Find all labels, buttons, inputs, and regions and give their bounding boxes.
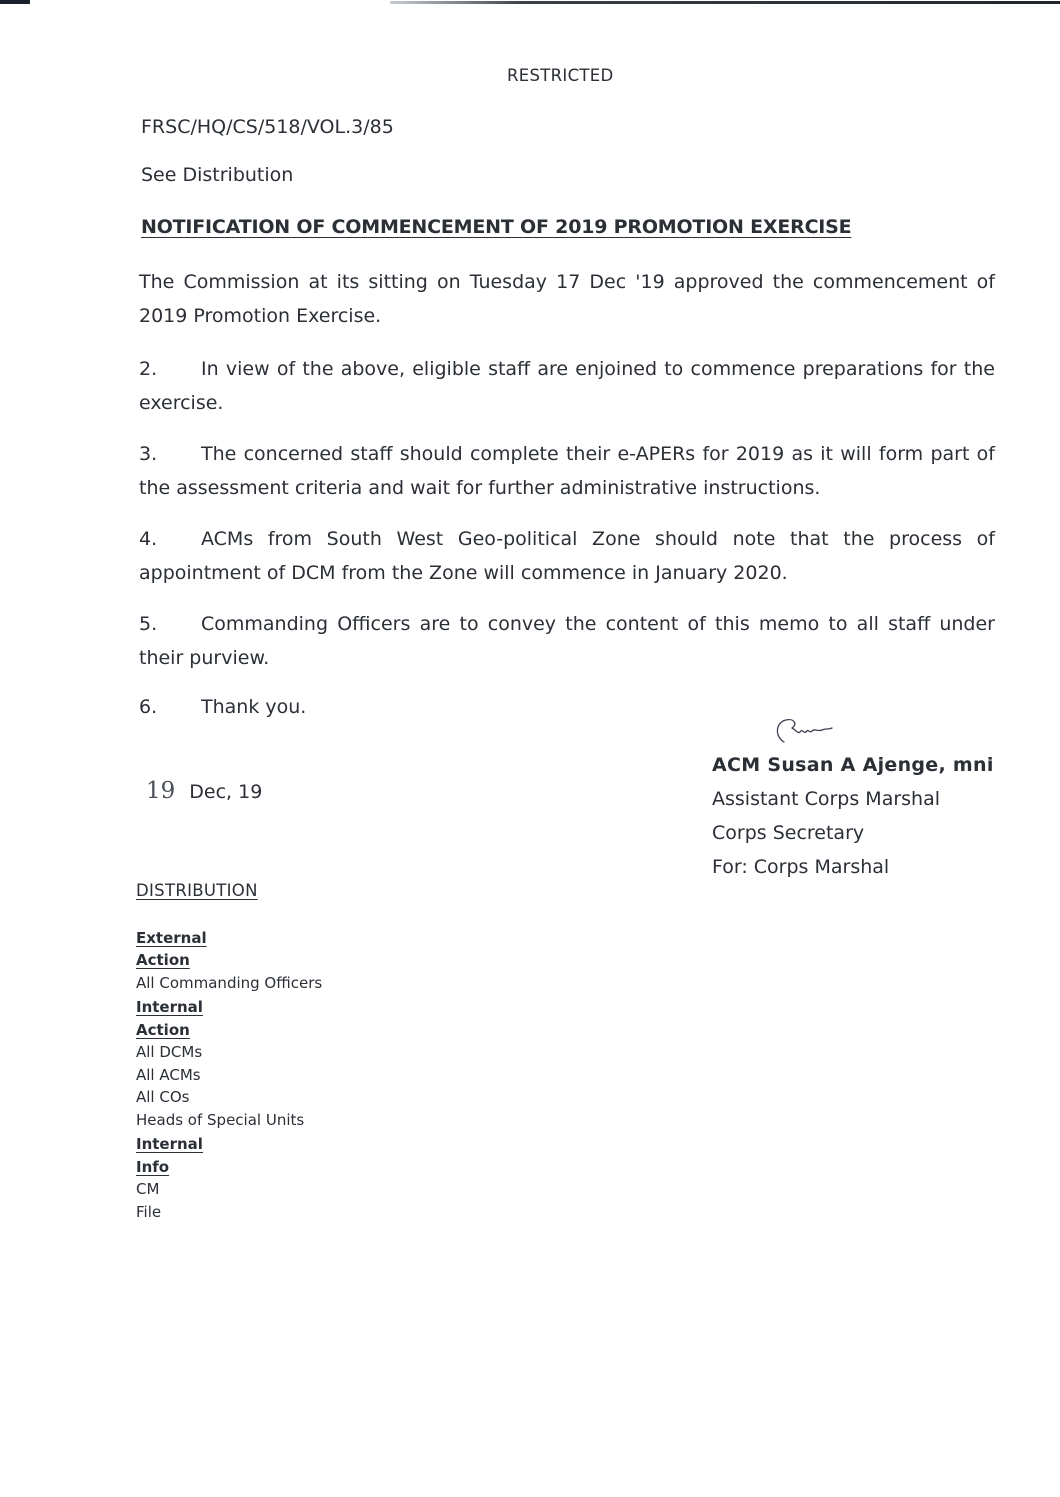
signatory-on-behalf: For: Corps Marshal [712, 850, 994, 884]
distribution-list: DISTRIBUTION External Action All Command… [136, 880, 322, 1225]
paragraph-text: In view of the above, eligible staff are… [139, 358, 995, 414]
distribution-group: External [136, 927, 322, 950]
paragraph-text: Thank you. [201, 696, 306, 718]
classification-label: RESTRICTED [507, 66, 614, 85]
paragraph-number: 5. [139, 607, 201, 641]
date-month-year: Dec, 19 [189, 781, 262, 803]
distribution-group: Internal [136, 996, 322, 1019]
paragraph-4: 4.ACMs from South West Geo-political Zon… [139, 522, 995, 590]
addressee: See Distribution [141, 164, 293, 186]
distribution-item: All Commanding Officers [136, 972, 322, 995]
date-day-handwritten: 19 [146, 778, 175, 804]
distribution-title: DISTRIBUTION [136, 880, 322, 903]
paragraph-text: The Commission at its sitting on Tuesday… [139, 271, 995, 327]
distribution-item: All DCMs [136, 1041, 322, 1064]
handwritten-signature-icon [770, 716, 850, 750]
paragraph-text: ACMs from South West Geo-political Zone … [139, 528, 995, 584]
paragraph-number: 6. [139, 690, 201, 724]
distribution-category: Action [136, 949, 322, 972]
paragraph-5: 5.Commanding Officers are to convey the … [139, 607, 995, 675]
distribution-item: All ACMs [136, 1064, 322, 1087]
distribution-category: Info [136, 1156, 322, 1179]
distribution-item: All COs [136, 1086, 322, 1109]
paragraph-6: 6.Thank you. [139, 690, 995, 724]
paragraph-text: The concerned staff should complete thei… [139, 443, 995, 499]
subject-heading: NOTIFICATION OF COMMENCEMENT OF 2019 PRO… [141, 216, 851, 238]
distribution-item: Heads of Special Units [136, 1109, 322, 1132]
paragraph-number: 3. [139, 437, 201, 471]
distribution-section-internal-action: Internal Action All DCMs All ACMs All CO… [136, 996, 322, 1131]
scan-border-right [390, 1, 1060, 4]
paragraph-3: 3.The concerned staff should complete th… [139, 437, 995, 505]
distribution-item: CM [136, 1178, 322, 1201]
memo-date: 19Dec, 19 [146, 778, 262, 804]
distribution-section-internal-info: Internal Info CM File [136, 1133, 322, 1223]
reference-number: FRSC/HQ/CS/518/VOL.3/85 [141, 116, 394, 138]
paragraph-number: 2. [139, 352, 201, 386]
distribution-section-external-action: External Action All Commanding Officers [136, 927, 322, 995]
distribution-group: Internal [136, 1133, 322, 1156]
distribution-category: Action [136, 1019, 322, 1042]
paragraph-number: 4. [139, 522, 201, 556]
signatory-name: ACM Susan A Ajenge, mni [712, 748, 994, 782]
signatory-rank: Assistant Corps Marshal [712, 782, 994, 816]
scan-border-left [0, 0, 30, 4]
paragraph-1: The Commission at its sitting on Tuesday… [139, 265, 995, 333]
signature-block: ACM Susan A Ajenge, mni Assistant Corps … [712, 748, 994, 884]
scan-border [0, 0, 1060, 6]
paragraph-2: 2.In view of the above, eligible staff a… [139, 352, 995, 420]
distribution-item: File [136, 1201, 322, 1224]
paragraph-text: Commanding Officers are to convey the co… [139, 613, 995, 669]
signatory-title: Corps Secretary [712, 816, 994, 850]
